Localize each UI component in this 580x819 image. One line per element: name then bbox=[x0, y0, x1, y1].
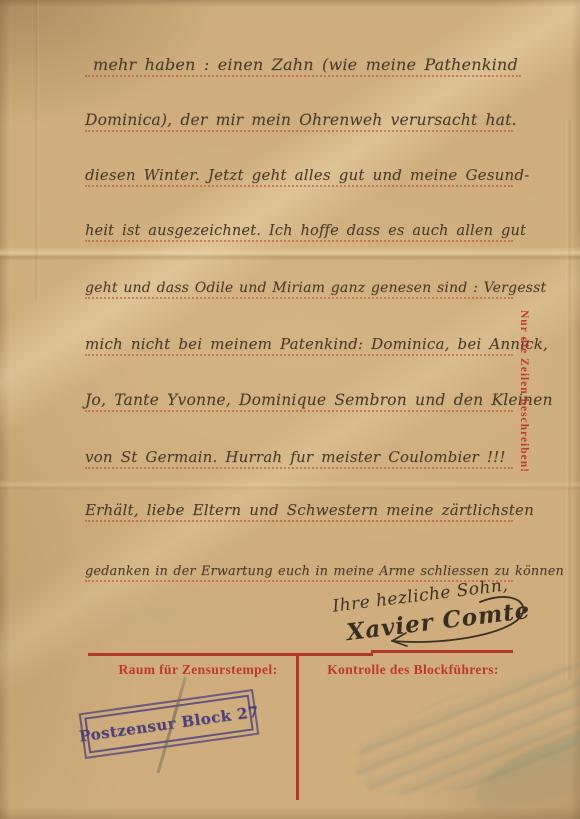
letter-line: mehr haben : einen Zahn (wie meine Pathe… bbox=[85, 49, 521, 77]
letter-line: von St Germain. Hurrah fur meister Coulo… bbox=[85, 441, 513, 469]
letter-sheet: mehr haben : einen Zahn (wie meine Pathe… bbox=[0, 0, 580, 819]
letter-line: heit ist ausgezeichnet. Ich hoffe dass e… bbox=[85, 214, 513, 242]
stain-smudge bbox=[60, 585, 260, 645]
form-divider-horizontal bbox=[88, 653, 373, 656]
letter-line-text: geht und dass Odile und Miriam ganz gene… bbox=[85, 280, 546, 297]
letter-line-text: Dominica), der mir mein Ohrenweh verursa… bbox=[85, 111, 517, 130]
form-divider-horizontal bbox=[371, 650, 513, 653]
censor-stamp-text: Postzensur Block 27 bbox=[78, 702, 260, 745]
letter-line-text: mehr haben : einen Zahn (wie meine Pathe… bbox=[93, 55, 518, 75]
form-divider-vertical bbox=[296, 655, 299, 800]
censor-stamp-area-label: Raum für Zensurstempel: bbox=[108, 662, 288, 678]
letter-line: Dominica), der mir mein Ohrenweh verursa… bbox=[85, 104, 513, 132]
letter-line-text: Erhält, liebe Eltern und Schwestern mein… bbox=[85, 501, 534, 520]
letter-line-text: mich nicht bei meinem Patenkind: Dominic… bbox=[85, 335, 548, 354]
letter-line: mich nicht bei meinem Patenkind: Dominic… bbox=[85, 328, 513, 356]
letter-line-text: diesen Winter. Jetzt geht alles gut und … bbox=[85, 166, 529, 185]
vertical-crease bbox=[34, 0, 39, 300]
letter-line: Erhält, liebe Eltern und Schwestern mein… bbox=[85, 494, 513, 522]
horizontal-fold-crease bbox=[0, 480, 580, 491]
letter-line: Jo, Tante Yvonne, Dominique Sembron und … bbox=[85, 384, 513, 412]
letter-line-text: Jo, Tante Yvonne, Dominique Sembron und … bbox=[85, 391, 553, 410]
signature-flourish bbox=[330, 588, 530, 658]
letter-line: geht und dass Odile und Miriam ganz gene… bbox=[85, 271, 513, 299]
vertical-crease bbox=[566, 120, 572, 680]
letter-line-text: heit ist ausgezeichnet. Ich hoffe dass e… bbox=[85, 223, 526, 240]
blockfuehrer-control-label: Kontrolle des Blockführers: bbox=[322, 662, 504, 678]
horizontal-fold-crease bbox=[0, 247, 580, 261]
letter-line: diesen Winter. Jetzt geht alles gut und … bbox=[85, 159, 513, 187]
margin-instruction: Nur die Zeilen beschreiben! bbox=[518, 310, 530, 482]
stain-smudge bbox=[467, 700, 580, 819]
censor-stamp: Postzensur Block 27 bbox=[84, 695, 253, 754]
letter-line: gedanken in der Erwartung euch in meine … bbox=[85, 554, 513, 582]
letter-line-text: von St Germain. Hurrah fur meister Coulo… bbox=[85, 448, 506, 467]
